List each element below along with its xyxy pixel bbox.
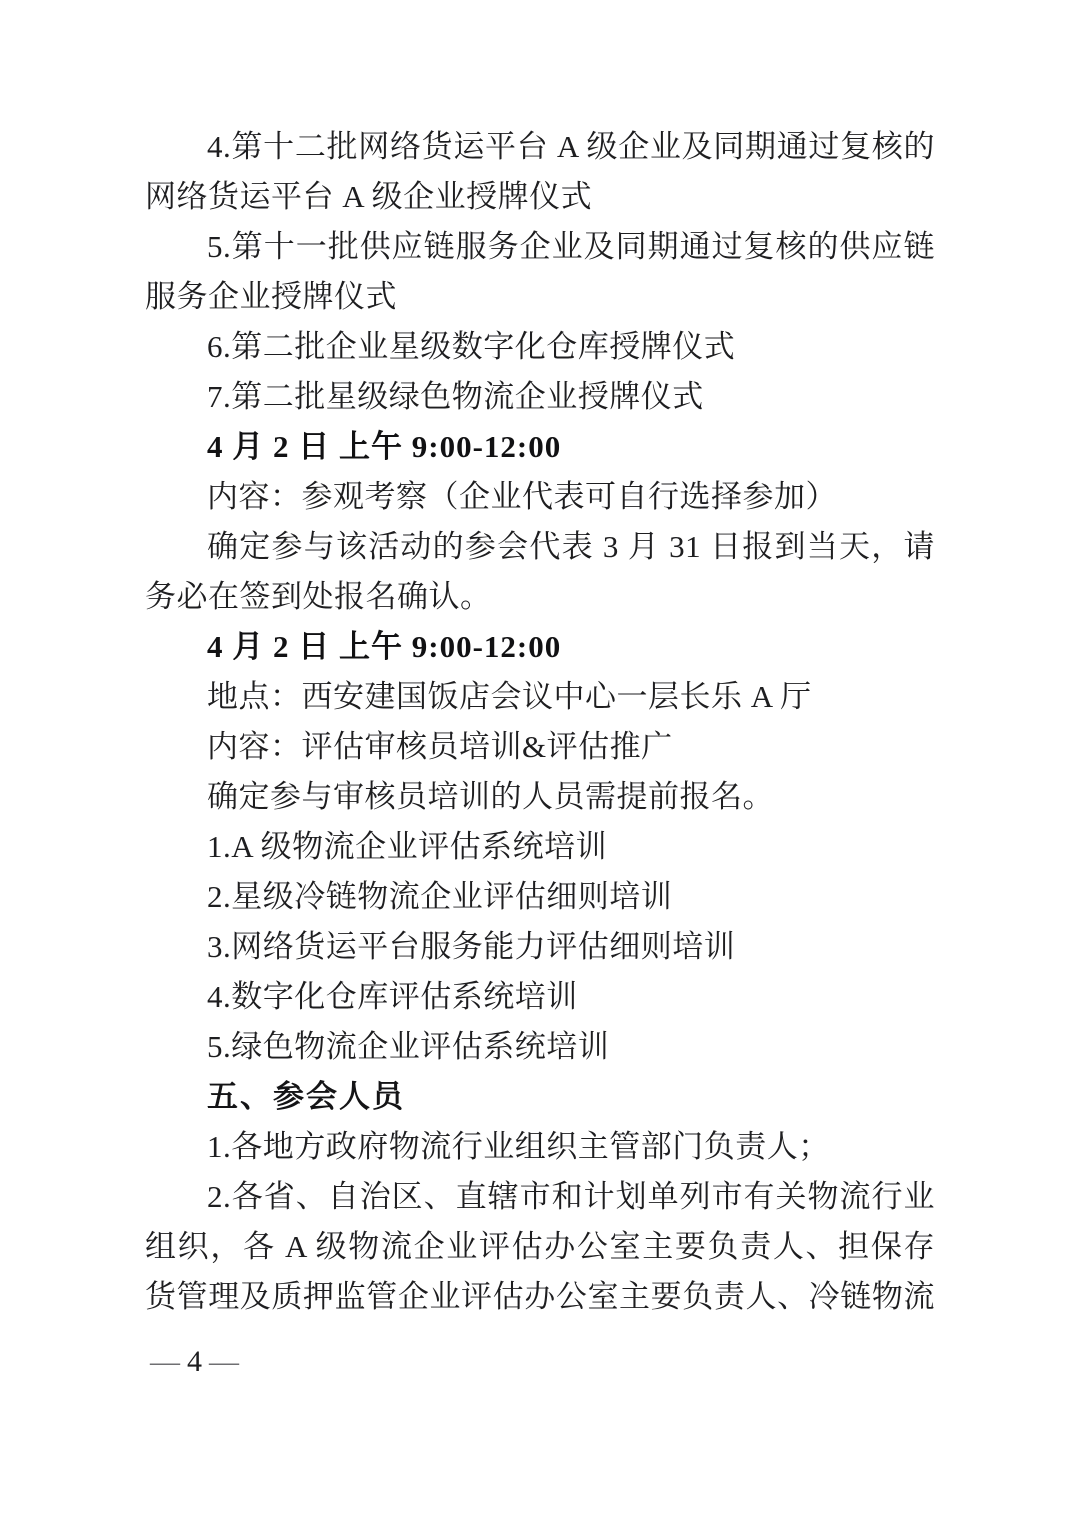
paragraph: 5.第十一批供应链服务企业及同期通过复核的供应链服务企业授牌仪式 bbox=[145, 222, 935, 322]
section-heading: 五、参会人员 bbox=[145, 1072, 935, 1122]
paragraph: 地点：西安建国饭店会议中心一层长乐 A 厅 bbox=[145, 672, 935, 722]
paragraph: 7.第二批星级绿色物流企业授牌仪式 bbox=[145, 372, 935, 422]
paragraph: 内容：参观考察（企业代表可自行选择参加） bbox=[145, 472, 935, 522]
page-number-left-dash: — bbox=[143, 1345, 187, 1378]
paragraph: 2.星级冷链物流企业评估细则培训 bbox=[145, 872, 935, 922]
paragraph: 1.A 级物流企业评估系统培训 bbox=[145, 822, 935, 872]
page-number: —4— bbox=[143, 1342, 246, 1382]
paragraph: 5.绿色物流企业评估系统培训 bbox=[145, 1022, 935, 1072]
paragraph: 1.各地方政府物流行业组织主管部门负责人； bbox=[145, 1122, 935, 1172]
paragraph: 2.各省、自治区、直辖市和计划单列市有关物流行业组织，各 A 级物流企业评估办公… bbox=[145, 1172, 935, 1327]
document-page: 4.第十二批网络货运平台 A 级企业及同期通过复核的网络货运平台 A 级企业授牌… bbox=[0, 0, 1080, 1526]
paragraph: 6.第二批企业星级数字化仓库授牌仪式 bbox=[145, 322, 935, 372]
page-number-value: 4 bbox=[187, 1345, 202, 1378]
date-heading: 4 月 2 日 上午 9:00-12:00 bbox=[145, 422, 935, 472]
document-body: 4.第十二批网络货运平台 A 级企业及同期通过复核的网络货运平台 A 级企业授牌… bbox=[145, 122, 935, 1327]
paragraph: 4.数字化仓库评估系统培训 bbox=[145, 972, 935, 1022]
paragraph: 确定参与审核员培训的人员需提前报名。 bbox=[145, 772, 935, 822]
date-heading: 4 月 2 日 上午 9:00-12:00 bbox=[145, 622, 935, 672]
paragraph: 内容：评估审核员培训&评估推广 bbox=[145, 722, 935, 772]
page-number-right-dash: — bbox=[202, 1345, 246, 1378]
paragraph: 确定参与该活动的参会代表 3 月 31 日报到当天，请务必在签到处报名确认。 bbox=[145, 522, 935, 622]
paragraph: 4.第十二批网络货运平台 A 级企业及同期通过复核的网络货运平台 A 级企业授牌… bbox=[145, 122, 935, 222]
paragraph: 3.网络货运平台服务能力评估细则培训 bbox=[145, 922, 935, 972]
